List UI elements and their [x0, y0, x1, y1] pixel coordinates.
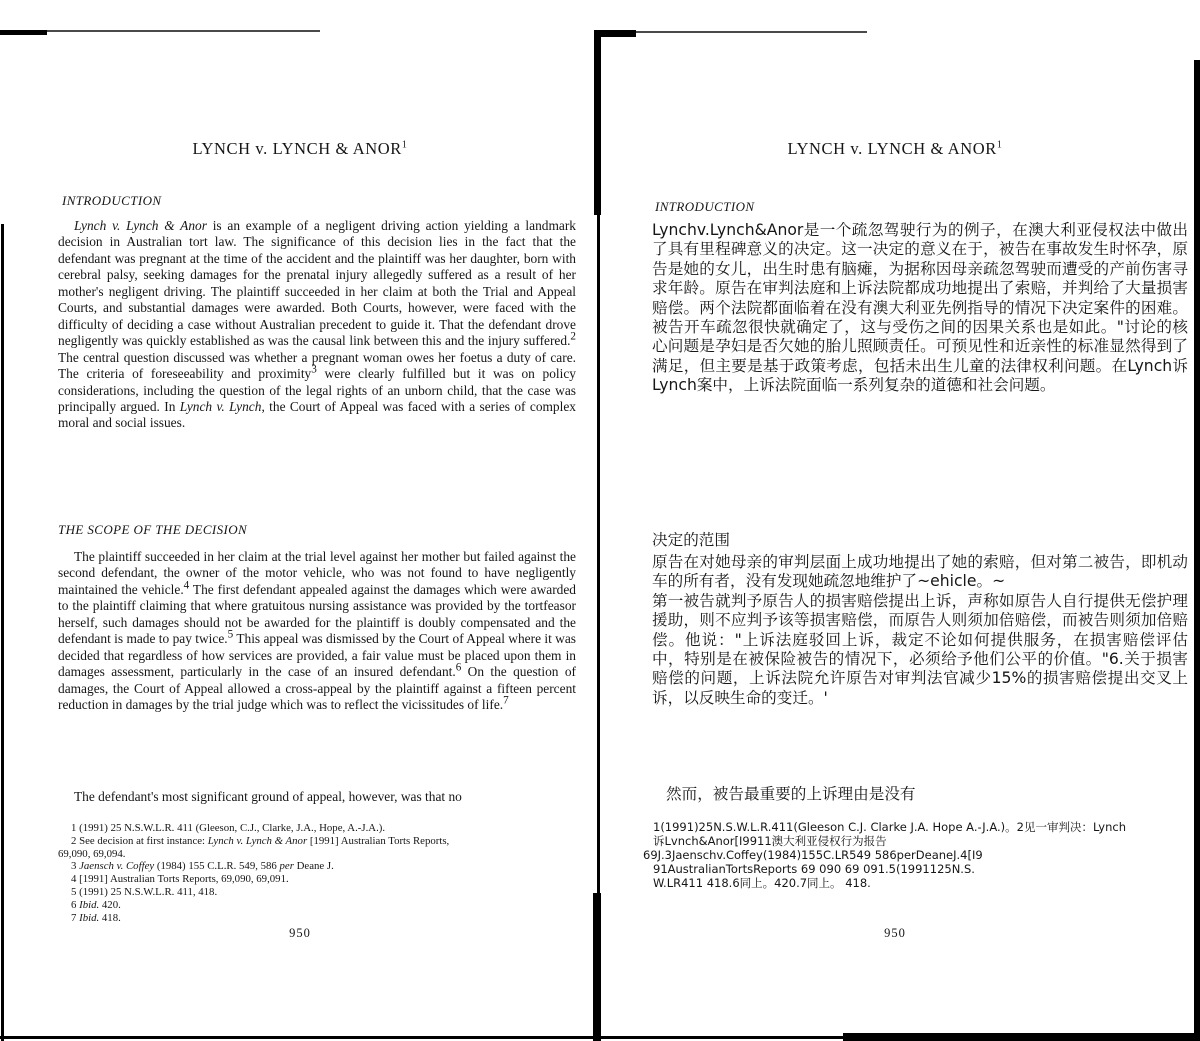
scan-border-center-divider-top — [594, 30, 601, 215]
case-name-italic: Lynch v. Lynch & Anor — [208, 835, 307, 847]
footnote-ref-2: 2 — [570, 331, 576, 343]
footnote-ref-7: 7 — [503, 695, 509, 707]
footnote-6: 6 Ibid. 420. — [58, 899, 579, 912]
left-scope-paragraph: The plaintiff succeeded in her claim at … — [58, 549, 576, 714]
scanned-book-spread: LYNCH v. LYNCH & ANOR1 INTRODUCTION Lync… — [0, 0, 1200, 1041]
left-title-text: LYNCH v. LYNCH & ANOR — [192, 139, 401, 158]
scan-border-bottom-thick — [843, 1033, 1200, 1041]
footnote-3: 3 Jaensch v. Coffey (1984) 155 C.L.R. 54… — [58, 860, 579, 873]
footnote-2-continuation: 69,090, 69,094. — [58, 848, 579, 861]
left-intro-heading: INTRODUCTION — [62, 193, 161, 209]
left-scope-heading: THE SCOPE OF THE DECISION — [58, 522, 247, 538]
footnote-2: 2 See decision at first instance: Lynch … — [58, 835, 579, 848]
footnote-1: 1 (1991) 25 N.S.W.L.R. 411 (Gleeson, C.J… — [58, 822, 579, 835]
scan-border-left-edge — [1, 224, 4, 1041]
left-page-number: 950 — [40, 926, 560, 941]
paragraph: Lynch v. Lynch & Anor is an example of a… — [58, 218, 576, 432]
right-intro-heading: INTRODUCTION — [655, 199, 754, 215]
left-page-title: LYNCH v. LYNCH & ANOR1 — [40, 139, 560, 159]
scan-border-top-right-thin — [636, 31, 867, 33]
left-last-line: The defendant's most significant ground … — [58, 789, 576, 805]
footnote-7: 7 Ibid. 418. — [58, 912, 579, 925]
paragraph: The plaintiff succeeded in her claim at … — [58, 549, 576, 714]
case-name-italic: Lynch v. Lynch & Anor — [74, 218, 207, 233]
footnote-5: 5 (1991) 25 N.S.W.L.R. 411, 418. — [58, 886, 579, 899]
footnote-line-1: 1(1991)25N.S.W.L.R.411(Gleeson C.J. Clar… — [653, 820, 1191, 834]
footnote-line-3: 69J.3Jaenschv.Coffey(1984)155C.LR549 586… — [643, 848, 1191, 862]
left-footnotes: 1 (1991) 25 N.S.W.L.R. 411 (Gleeson, C.J… — [58, 822, 579, 924]
paragraph: The defendant's most significant ground … — [58, 789, 576, 805]
right-scope-heading: 决定的范围 — [652, 528, 730, 550]
scan-border-top-left-thick — [0, 30, 47, 35]
footnote-line-5: W.LR411 418.6同上。420.7同上。 418. — [653, 876, 1191, 890]
scan-border-top-left-thin — [47, 30, 320, 32]
right-intro-paragraph: Lynchv.Lynch&Anor是一个疏忽驾驶行为的例子，在澳大利亚侵权法中做… — [652, 221, 1188, 396]
right-footnotes: 1(1991)25N.S.W.L.R.411(Gleeson C.J. Clar… — [643, 820, 1191, 890]
footnote-line-2: 诉Lvnch&Anor[I9911澳大利亚侵权行为报告 — [653, 834, 1191, 848]
left-intro-paragraph: Lynch v. Lynch & Anor is an example of a… — [58, 218, 576, 432]
right-page-title: LYNCH v. LYNCH & ANOR1 — [640, 139, 1150, 159]
scan-border-center-divider-bottom — [593, 893, 601, 1041]
case-name-italic: Lynch v. Lynch — [180, 399, 262, 414]
scan-border-bottom-thin — [0, 1036, 843, 1039]
right-page-number: 950 — [640, 926, 1150, 941]
scan-border-right-edge — [1194, 60, 1200, 1041]
right-title-footnote-ref: 1 — [997, 140, 1003, 151]
footnote-4: 4 [1991] Australian Torts Reports, 69,09… — [58, 873, 579, 886]
left-title-footnote-ref: 1 — [402, 140, 408, 151]
right-last-line: 然而，被告最重要的上诉理由是没有 — [652, 785, 1188, 804]
right-scope-paragraph: 原告在对她母亲的审判层面上成功地提出了她的索赔，但对第二被告，即机动车的所有者，… — [652, 553, 1188, 708]
right-title-text: LYNCH v. LYNCH & ANOR — [787, 139, 996, 158]
footnote-line-4: 91AustralianTortsReports 69 090 69 091.5… — [653, 862, 1191, 876]
case-name-italic: Jaensch v. Coffey — [79, 860, 154, 872]
scan-border-top-right-thick — [594, 30, 636, 37]
